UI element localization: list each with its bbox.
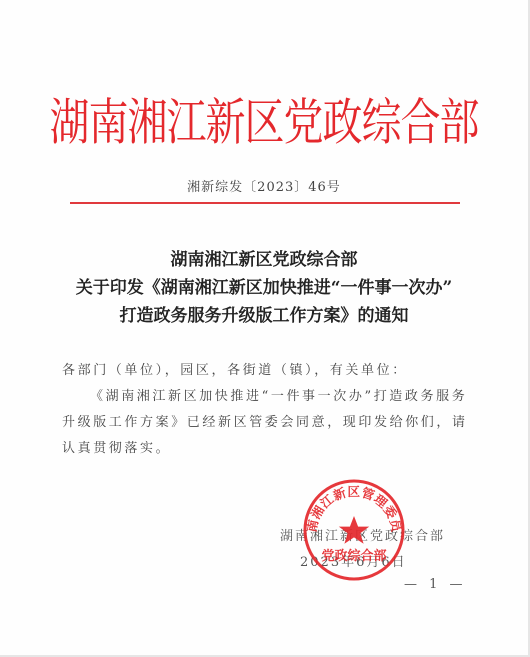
signature-org: 湖南湘江新区党政综合部: [280, 524, 480, 550]
body-paragraph: 《湖南湘江新区加快推进“一件事一次办”打造政务服务升级版工作方案》已经新区管委会…: [62, 384, 472, 462]
salutation: 各部门（单位），园区，各街道（镇），有关单位：: [62, 358, 472, 384]
signature-date: 2023年6月6日: [280, 550, 480, 576]
red-divider-line: [70, 202, 460, 204]
notice-title: 湖南湘江新区党政综合部 关于印发《湖南湘江新区加快推进“一件事一次办” 打造政务…: [0, 246, 528, 330]
title-line-2: 关于印发《湖南湘江新区加快推进“一件事一次办”: [0, 274, 528, 302]
title-line-3: 打造政务服务升级版工作方案》的通知: [0, 302, 528, 330]
document-page: 湖南湘江新区党政综合部 湘新综发〔2023〕46号 湖南湘江新区党政综合部 关于…: [0, 0, 530, 657]
notice-body: 各部门（单位），园区，各街道（镇），有关单位： 《湖南湘江新区加快推进“一件事一…: [62, 358, 472, 462]
signature-block: 湖南湘江新区党政综合部 2023年6月6日: [280, 524, 480, 576]
masthead-title: 湖南湘江新区党政综合部: [0, 88, 528, 158]
document-number: 湘新综发〔2023〕46号: [0, 176, 528, 195]
page-number: — 1 —: [404, 577, 467, 592]
title-line-1: 湖南湘江新区党政综合部: [0, 246, 528, 274]
